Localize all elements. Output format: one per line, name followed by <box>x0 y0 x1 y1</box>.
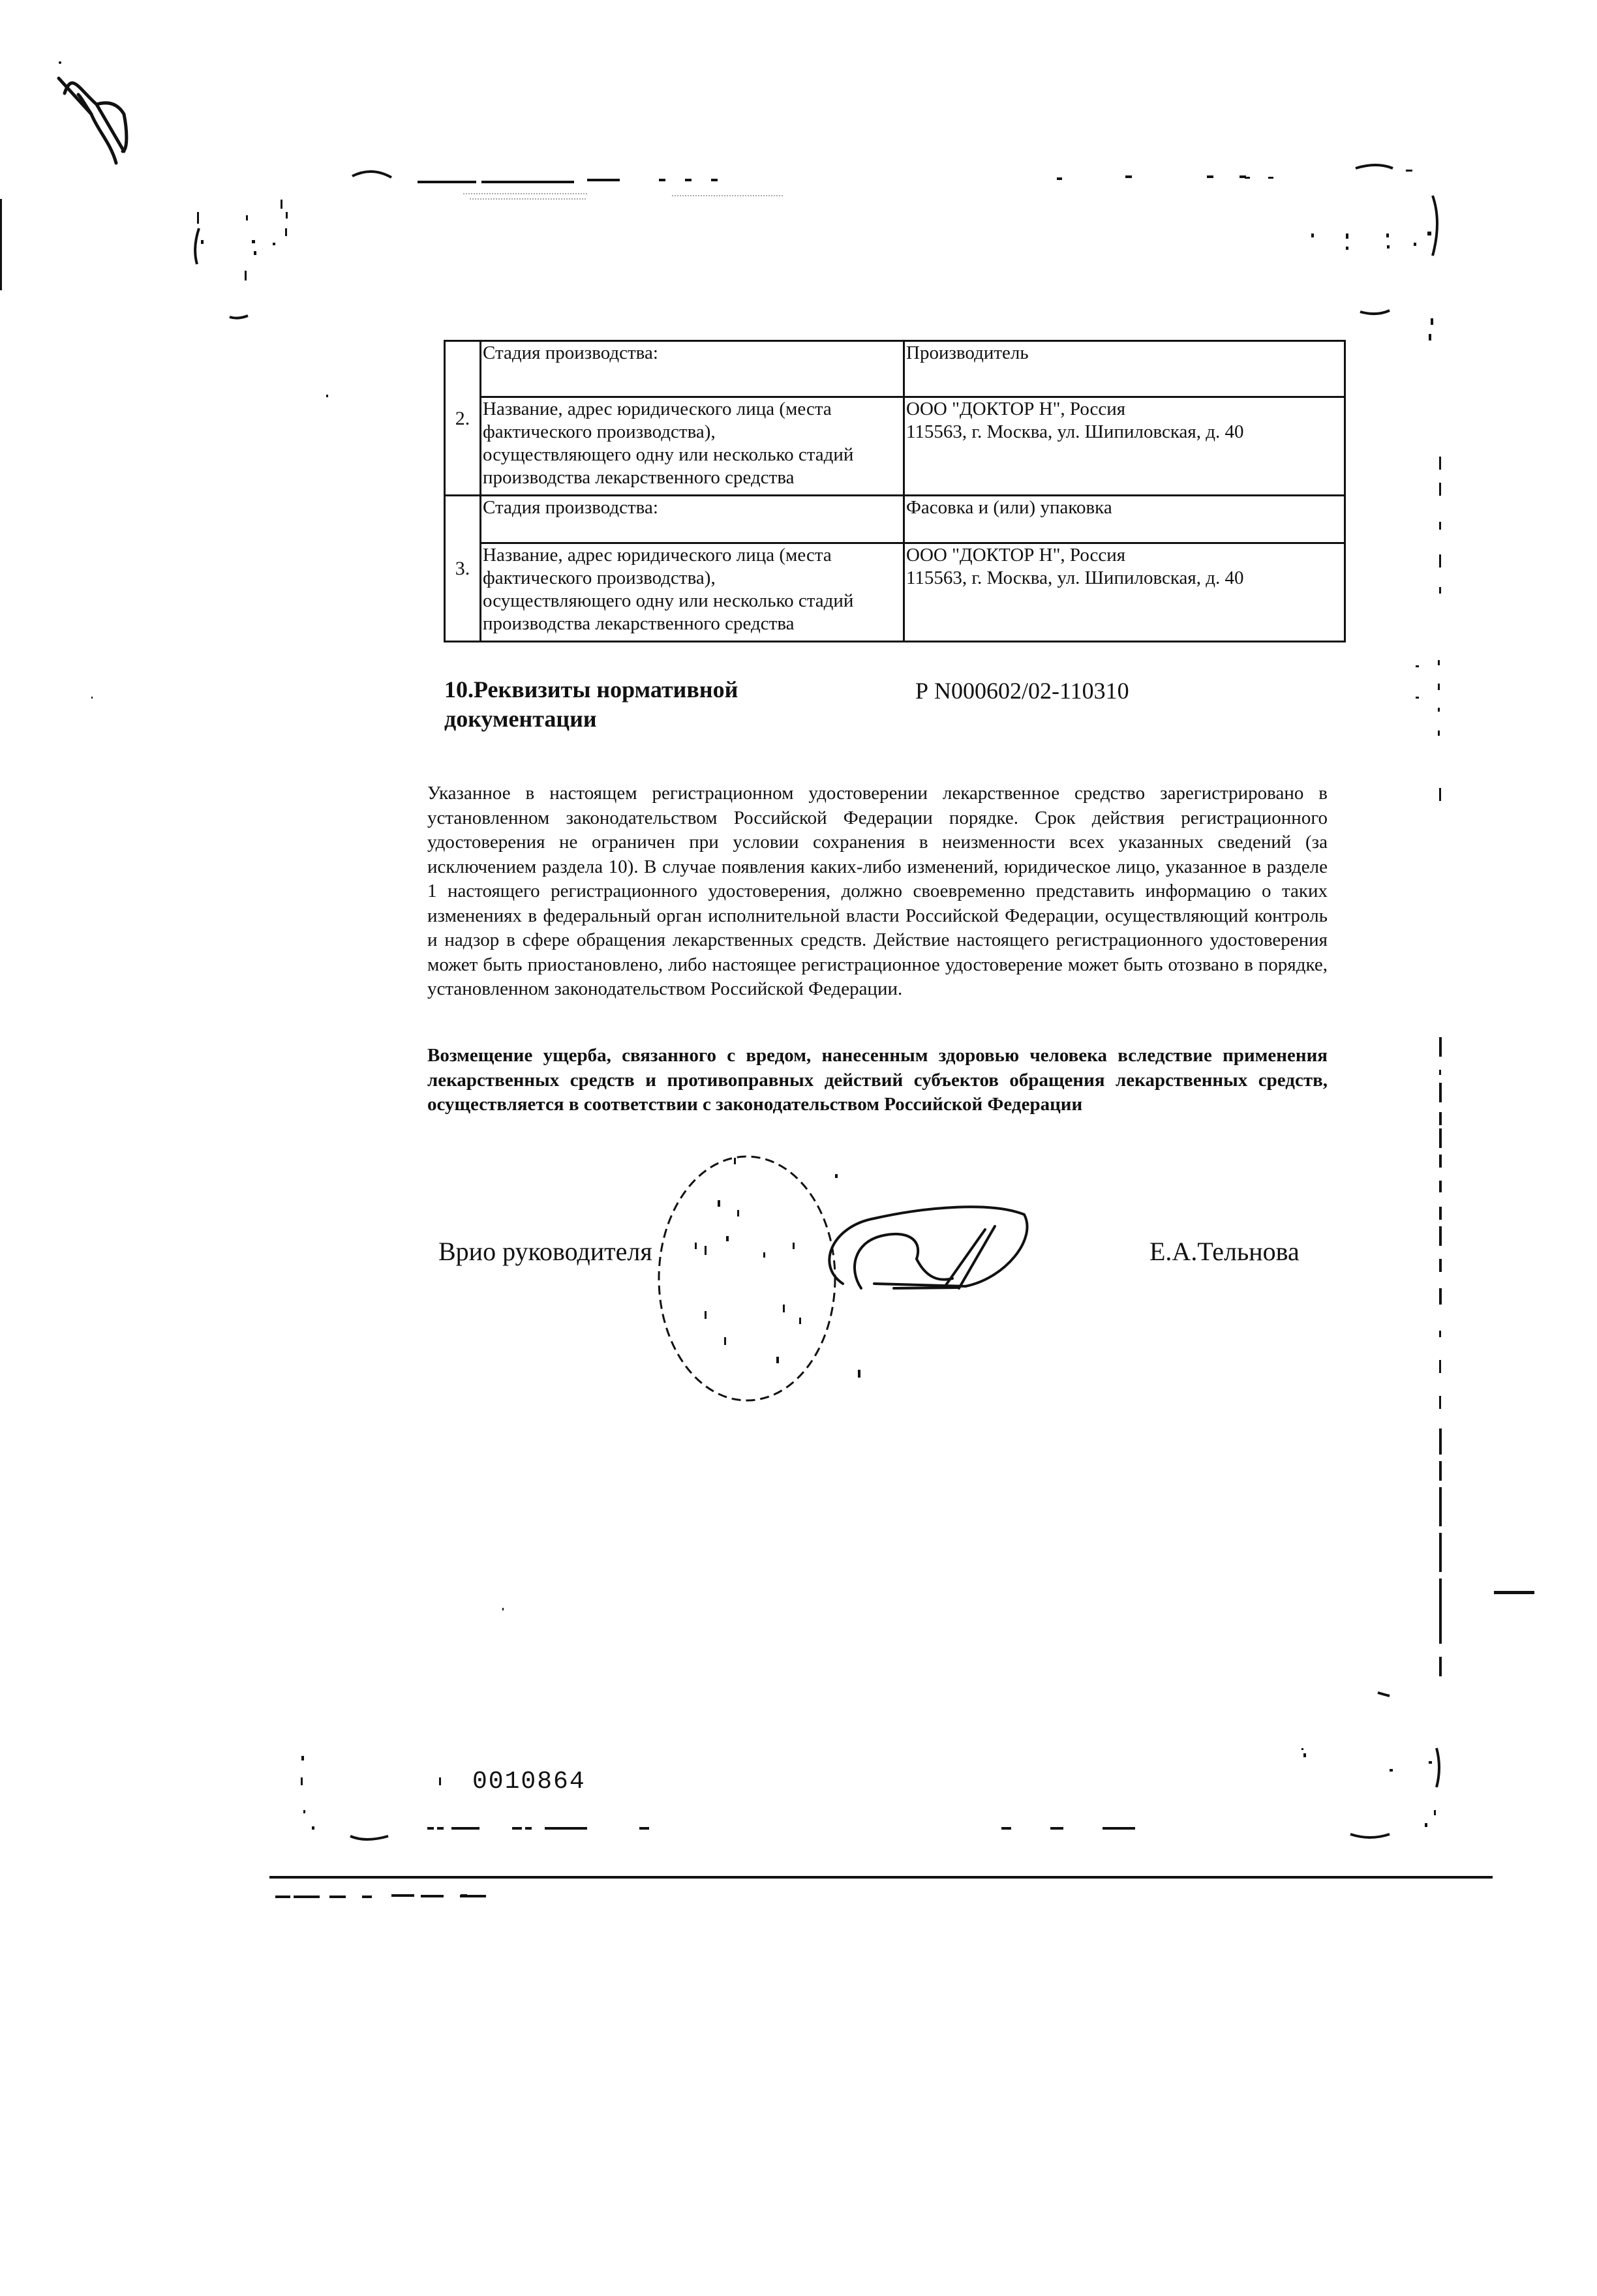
company-address: 115563, г. Москва, ул. Шипиловская, д. 4… <box>906 567 1343 590</box>
section-title-line: документации <box>444 704 810 734</box>
entity-label-line: Название, адрес юридического лица (места <box>483 544 902 567</box>
table-row: Название, адрес юридического лица (места… <box>445 543 1345 642</box>
section-10-title: 10.Реквизиты нормативной документации <box>444 675 810 734</box>
entity-label-line: Название, адрес юридического лица (места <box>483 398 902 421</box>
footer-rule <box>269 1876 1493 1879</box>
entity-label-line: производства лекарственного средства <box>483 612 902 635</box>
company-address: 115563, г. Москва, ул. Шипиловская, д. 4… <box>906 421 1343 444</box>
stage-value: Производитель <box>904 341 1345 397</box>
form-serial-number: 0010864 <box>472 1768 586 1796</box>
validity-paragraph: Указанное в настоящем регистрационном уд… <box>427 781 1328 1002</box>
section-title-line: 10.Реквизиты нормативной <box>444 675 810 704</box>
stage-label: Стадия производства: <box>481 496 904 543</box>
margin-dash <box>1494 1591 1534 1594</box>
manufacturers-table: 2. Стадия производства: Производитель На… <box>444 340 1346 642</box>
entity-label-line: осуществляющего одну или несколько стади… <box>483 444 902 466</box>
signatory-name: Е.А.Тельнова <box>1149 1236 1300 1267</box>
company-name: ООО "ДОКТОР Н", Россия <box>906 544 1343 567</box>
company-name: ООО "ДОКТОР Н", Россия <box>906 398 1343 421</box>
damages-paragraph: Возмещение ущерба, связанного с вредом, … <box>427 1044 1328 1117</box>
entity-label: Название, адрес юридического лица (места… <box>481 397 904 496</box>
entity-label-line: осуществляющего одну или несколько стади… <box>483 590 902 612</box>
table-row: Название, адрес юридического лица (места… <box>445 397 1345 496</box>
signature-icon <box>829 1207 1027 1288</box>
handwritten-mark-icon <box>59 78 127 163</box>
official-stamp-icon <box>659 1156 835 1400</box>
signatory-role: Врио руководителя <box>438 1236 652 1267</box>
stage-label: Стадия производства: <box>481 341 904 397</box>
table-row: 3. Стадия производства: Фасовка и (или) … <box>445 496 1345 543</box>
row-number: 3. <box>445 496 481 642</box>
normative-doc-number: Р N000602/02-110310 <box>915 676 1129 706</box>
stage-value: Фасовка и (или) упаковка <box>904 496 1345 543</box>
row-number: 2. <box>445 341 481 496</box>
entity-label-line: производства лекарственного средства <box>483 466 902 489</box>
entity-value: ООО "ДОКТОР Н", Россия 115563, г. Москва… <box>904 397 1345 496</box>
entity-label-line: фактического производства), <box>483 421 902 444</box>
table-row: 2. Стадия производства: Производитель <box>445 341 1345 397</box>
entity-label-line: фактического производства), <box>483 567 902 590</box>
entity-value: ООО "ДОКТОР Н", Россия 115563, г. Москва… <box>904 543 1345 642</box>
entity-label: Название, адрес юридического лица (места… <box>481 543 904 642</box>
